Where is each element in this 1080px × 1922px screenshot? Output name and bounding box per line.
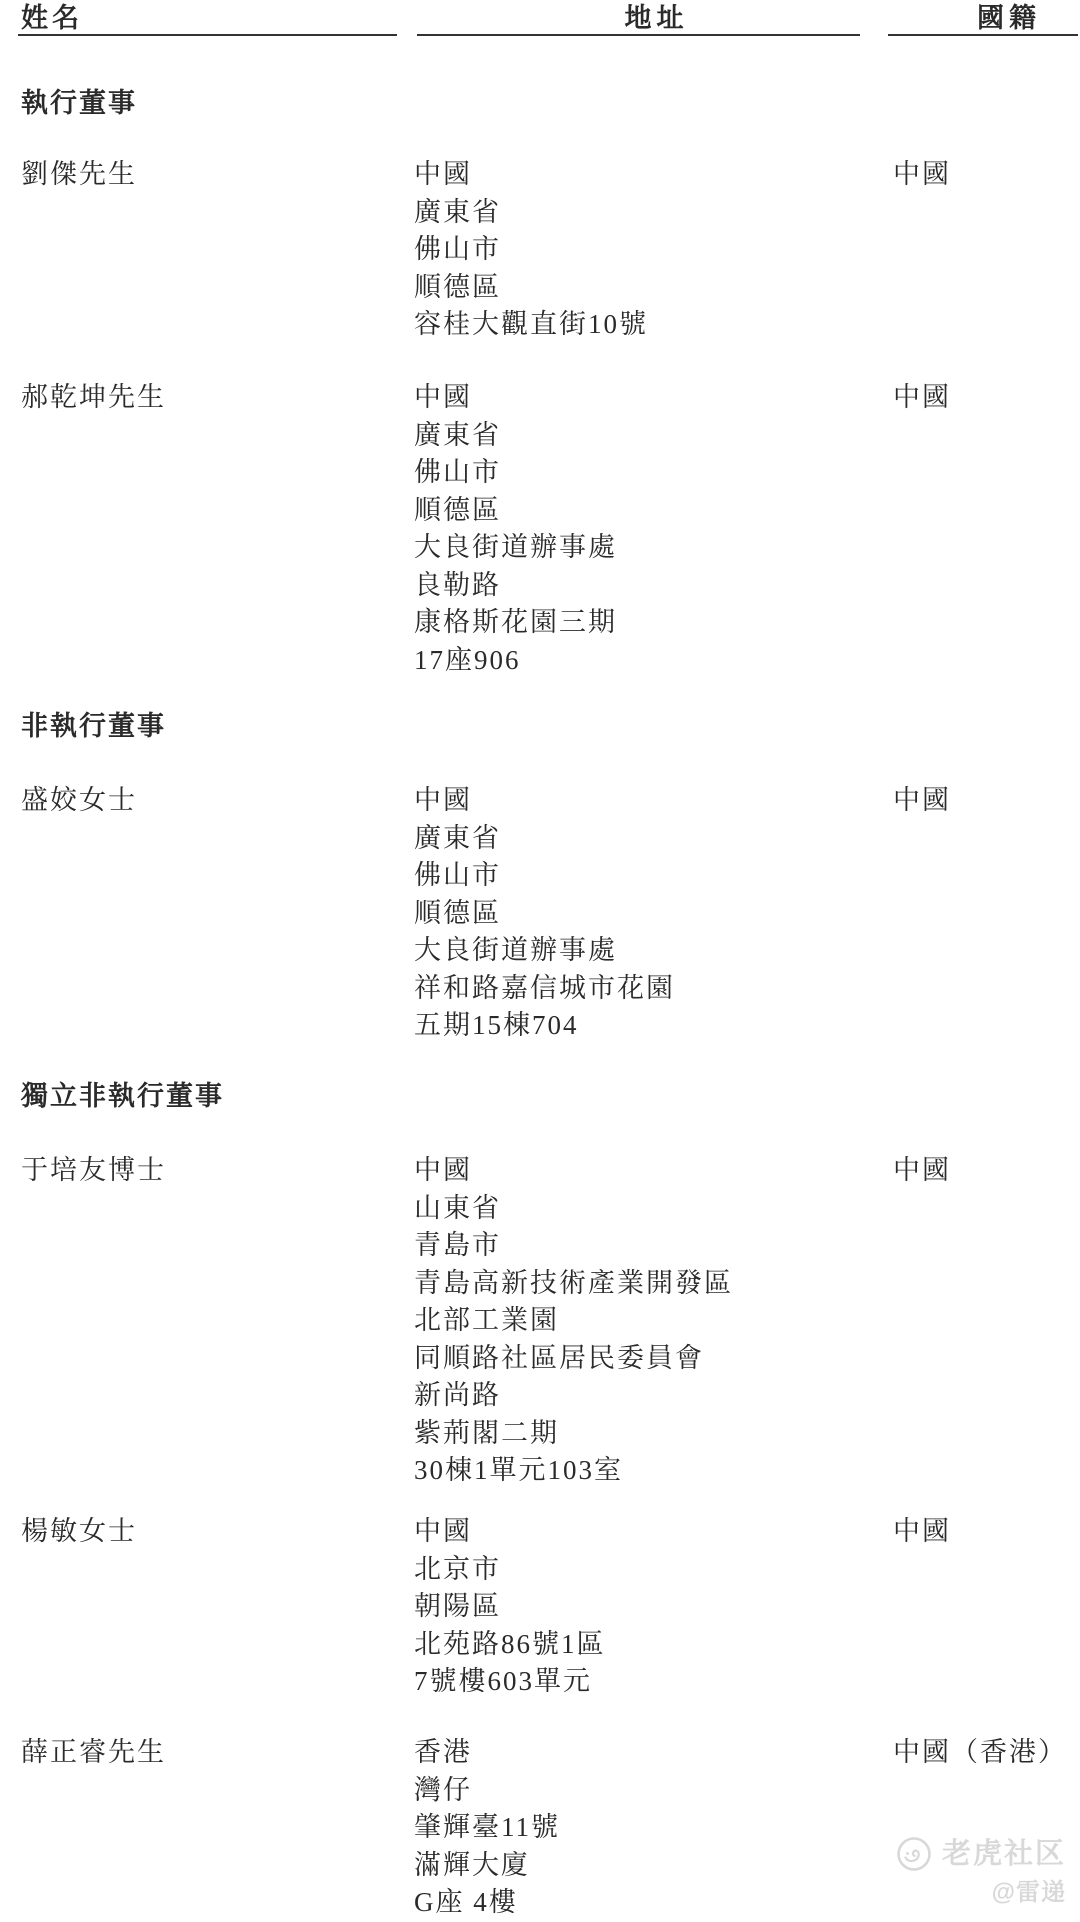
address-line: 容桂大觀直街10號 — [414, 306, 884, 344]
address-line: 紫荊閣二期 — [414, 1415, 884, 1453]
director-name: 劉傑先生 — [21, 156, 137, 194]
tiger-logo-icon — [896, 1836, 932, 1872]
section-heading: 非執行董事 — [21, 709, 166, 743]
address-line: 大良街道辦事處 — [414, 932, 884, 970]
address-line: 廣東省 — [414, 417, 884, 455]
address-line: 青島市 — [414, 1227, 884, 1265]
director-nationality: 中國 — [893, 1152, 951, 1190]
director-name: 楊敏女士 — [21, 1513, 137, 1551]
column-header-nationality: 國籍 — [888, 2, 1080, 34]
column-header-name: 姓名 — [21, 2, 83, 34]
address-line: 中國 — [414, 1513, 884, 1551]
director-address: 中國廣東省佛山市順德區容桂大觀直街10號 — [414, 156, 884, 344]
director-address: 中國山東省青島市青島高新技術產業開發區北部工業園同順路社區居民委員會新尚路紫荊閣… — [414, 1152, 884, 1490]
address-line: 廣東省 — [414, 194, 884, 232]
header-rule-nationality — [888, 34, 1078, 36]
address-line: 中國 — [414, 1152, 884, 1190]
section-heading: 執行董事 — [21, 86, 137, 120]
director-name: 于培友博士 — [21, 1152, 166, 1190]
address-line: 廣東省 — [414, 820, 884, 858]
address-line: 良勒路 — [414, 567, 884, 605]
address-line: 肇輝臺11號 — [414, 1809, 884, 1847]
address-line: 大良街道辦事處 — [414, 529, 884, 567]
director-address: 中國北京市朝陽區北苑路86號1區7號樓603單元 — [414, 1513, 884, 1701]
director-name: 盛姣女士 — [21, 782, 137, 820]
address-line: 五期15棟704 — [414, 1007, 884, 1045]
director-name: 郝乾坤先生 — [21, 379, 166, 417]
address-line: 中國 — [414, 379, 884, 417]
director-nationality: 中國 — [893, 782, 951, 820]
section-heading: 獨立非執行董事 — [21, 1079, 224, 1113]
address-line: 順德區 — [414, 895, 884, 933]
watermark-community-label: 老虎社区 — [942, 1837, 1066, 1871]
director-nationality: 中國（香港） — [893, 1734, 1067, 1772]
address-line: 北京市 — [414, 1551, 884, 1589]
address-line: 30棟1單元103室 — [414, 1452, 884, 1490]
document-page: 姓名 地址 國籍 執行董事劉傑先生中國廣東省佛山市順德區容桂大觀直街10號中國郝… — [0, 0, 1080, 1922]
address-line: 佛山市 — [414, 231, 884, 269]
director-nationality: 中國 — [893, 379, 951, 417]
address-line: 北部工業園 — [414, 1302, 884, 1340]
address-line: 同順路社區居民委員會 — [414, 1340, 884, 1378]
address-line: 中國 — [414, 156, 884, 194]
address-line: 祥和路嘉信城市花園 — [414, 970, 884, 1008]
address-line: 青島高新技術產業開發區 — [414, 1265, 884, 1303]
address-line: 17座906 — [414, 642, 884, 680]
watermark-brand-row: 老虎社区 — [896, 1836, 1066, 1872]
address-line: G座 4樓 — [414, 1884, 884, 1922]
director-nationality: 中國 — [893, 156, 951, 194]
address-line: 滿輝大廈 — [414, 1847, 884, 1885]
header-rule-address — [417, 34, 860, 36]
address-line: 香港 — [414, 1734, 884, 1772]
director-address: 中國廣東省佛山市順德區大良街道辦事處良勒路康格斯花園三期17座906 — [414, 379, 884, 679]
address-line: 山東省 — [414, 1190, 884, 1228]
director-address: 香港灣仔肇輝臺11號滿輝大廈G座 4樓 — [414, 1734, 884, 1922]
director-nationality: 中國 — [893, 1513, 951, 1551]
address-line: 朝陽區 — [414, 1588, 884, 1626]
watermark: 老虎社区 @雷递 — [896, 1836, 1066, 1906]
address-line: 順德區 — [414, 269, 884, 307]
address-line: 北苑路86號1區 — [414, 1626, 884, 1664]
director-name: 薛正睿先生 — [21, 1734, 166, 1772]
address-line: 佛山市 — [414, 454, 884, 492]
address-line: 康格斯花園三期 — [414, 604, 884, 642]
address-line: 順德區 — [414, 492, 884, 530]
column-header-address: 地址 — [417, 2, 878, 34]
address-line: 新尚路 — [414, 1377, 884, 1415]
header-rule-name — [18, 34, 397, 36]
address-line: 中國 — [414, 782, 884, 820]
watermark-handle-label: @雷递 — [992, 1880, 1066, 1906]
address-line: 佛山市 — [414, 857, 884, 895]
director-address: 中國廣東省佛山市順德區大良街道辦事處祥和路嘉信城市花園五期15棟704 — [414, 782, 884, 1045]
address-line: 7號樓603單元 — [414, 1663, 884, 1701]
address-line: 灣仔 — [414, 1772, 884, 1810]
